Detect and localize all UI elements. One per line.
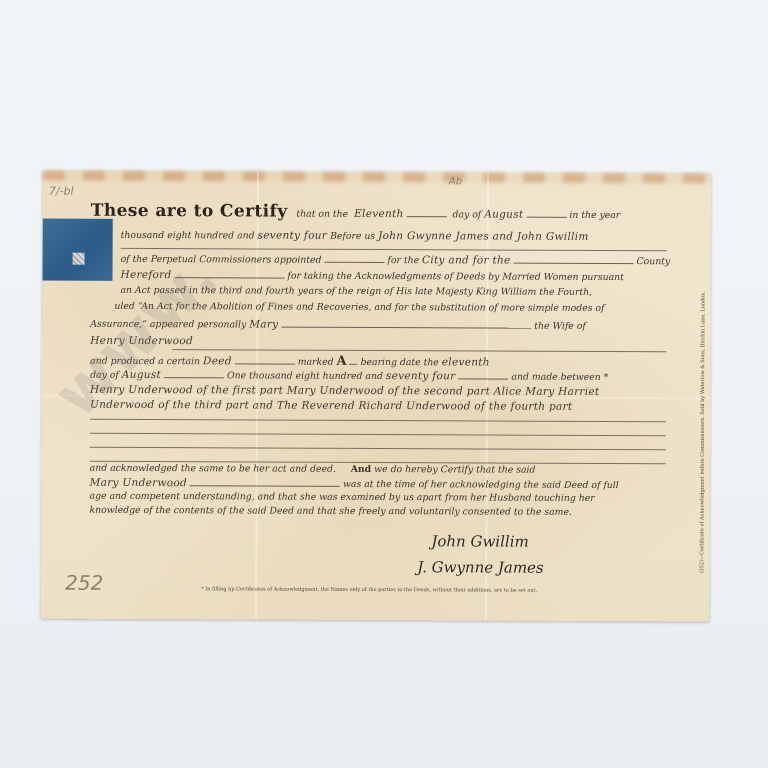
text: and acknowledged the same to be her act … xyxy=(90,463,336,475)
line-12-parties: Underwood of the third part and The Reve… xyxy=(90,399,690,414)
text: the Wife of xyxy=(534,321,586,332)
pencil-note-top: Ab xyxy=(449,176,462,187)
handwritten-date: eleventh xyxy=(442,356,490,368)
handwritten-place: City and for the xyxy=(422,254,511,266)
line-14: Mary Underwood was at the time of her ac… xyxy=(90,477,690,492)
line-5: an Act passed in the third and fourth ye… xyxy=(120,285,690,298)
deed-mark: A xyxy=(337,354,347,369)
side-imprint: (252)—Certificate of Acknowledgment befo… xyxy=(699,273,706,573)
line-6: uled “An Act for the Abolition of Fines … xyxy=(114,301,690,315)
blank-line xyxy=(164,369,224,378)
handwritten-day: Eleventh xyxy=(354,208,404,220)
pencil-note-top-left: 7/-bl xyxy=(49,185,74,198)
handwritten-document-type: Deed xyxy=(203,355,232,367)
line-13: and acknowledged the same to be her act … xyxy=(90,463,690,477)
text: and produced a certain xyxy=(90,356,200,367)
blank-line xyxy=(350,356,358,365)
handwritten-year: seventy four xyxy=(258,229,328,241)
text: County xyxy=(637,256,671,267)
certificate-document: 7/-bl Ab These are to Certify that on th… xyxy=(41,171,711,622)
text: that on the xyxy=(296,209,348,220)
handwritten-name: Mary Underwood xyxy=(90,477,187,489)
line-8: Henry Underwood xyxy=(90,335,690,350)
line-9: and produced a certain Deed marked A bea… xyxy=(90,353,690,371)
handwritten-month: August xyxy=(122,369,161,381)
blank-line xyxy=(190,477,340,487)
rule xyxy=(121,248,667,251)
signature-1: John Gwillim xyxy=(431,532,528,550)
handwritten-husband-name: Henry Underwood xyxy=(90,335,193,347)
text: for the xyxy=(387,255,419,266)
line-15: age and competent understanding, and tha… xyxy=(90,491,690,505)
text: One thousand eight hundred and xyxy=(227,370,383,382)
text: day of xyxy=(452,209,481,220)
text: and made between * xyxy=(511,372,608,383)
text: Before us xyxy=(330,231,375,242)
blank-line xyxy=(458,370,508,379)
text: And xyxy=(351,464,372,475)
line-7: Assurance,” appeared personally Mary the… xyxy=(90,318,690,333)
text: of the Perpetual Commissioners appointed xyxy=(121,254,322,266)
blank-line xyxy=(235,355,295,364)
text: Assurance,” appeared personally xyxy=(90,319,246,331)
handwritten-wife-name: Mary xyxy=(249,318,278,330)
blue-seal xyxy=(43,219,113,281)
handwritten-county: Hereford xyxy=(120,269,171,281)
seal-chip xyxy=(73,253,85,265)
line-1: These are to Certify that on the Elevent… xyxy=(91,201,691,224)
rule xyxy=(90,419,666,423)
handwritten-year: seventy four xyxy=(386,370,456,382)
text: thousand eight hundred and xyxy=(121,230,255,242)
line-2: thousand eight hundred and seventy four … xyxy=(121,229,691,243)
rule xyxy=(90,433,666,437)
pencil-number: 252 xyxy=(65,571,103,595)
blank-line xyxy=(281,319,531,329)
text: in the year xyxy=(569,210,620,221)
text: we do hereby Certify that the said xyxy=(374,464,535,476)
text: day of xyxy=(90,370,119,381)
blank-line xyxy=(174,269,284,278)
rule xyxy=(172,349,666,352)
blank-line xyxy=(514,255,634,265)
text: for taking the Acknowledgments of Deeds … xyxy=(287,271,623,283)
blank-line xyxy=(526,209,566,218)
line-4: Hereford for taking the Acknowledgments … xyxy=(120,269,690,283)
line-10: day of August One thousand eight hundred… xyxy=(90,369,690,384)
handwritten-month: August xyxy=(484,208,523,220)
line-16: knowledge of the contents of the said De… xyxy=(89,505,689,519)
document-title: These are to Certify xyxy=(91,201,288,222)
text: was at the time of her acknowledging the… xyxy=(343,479,619,491)
rule xyxy=(90,447,666,451)
footnote: * In filling up Certificates of Acknowle… xyxy=(201,586,537,593)
signature-2: J. Gwynne James xyxy=(417,558,543,577)
text: marked xyxy=(298,357,334,368)
blank-line xyxy=(407,208,447,217)
blank-line xyxy=(324,254,384,263)
handwritten-commissioners: John Gwynne James and John Gwillim xyxy=(378,230,589,243)
line-3: of the Perpetual Commissioners appointed… xyxy=(121,253,691,267)
text: bearing date the xyxy=(361,357,439,368)
